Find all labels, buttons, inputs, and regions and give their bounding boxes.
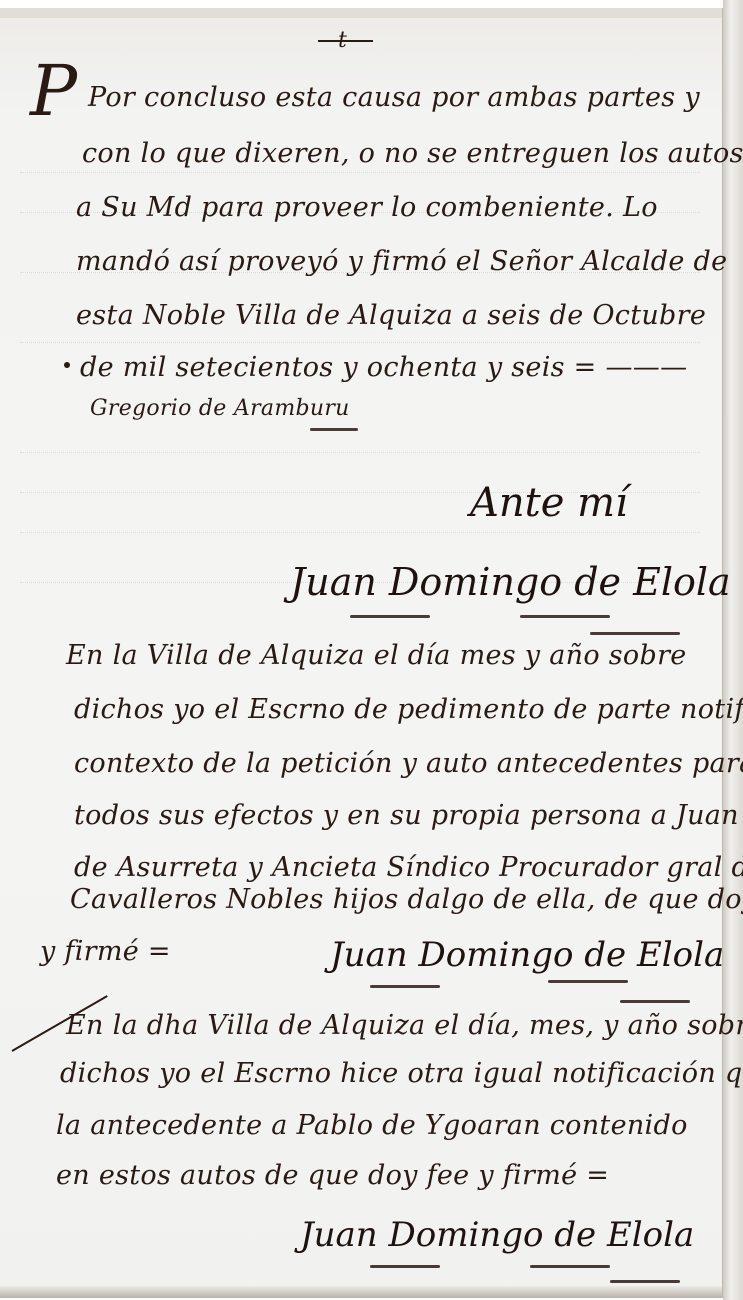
text-line: de mil setecientos y ochenta y seis = ——… [80, 352, 687, 383]
initial-flourish: P [30, 50, 77, 132]
text-line: la antecedente a Pablo de Ygoaran conten… [56, 1110, 688, 1141]
signature-elola: Juan Domingo de Elola [300, 1215, 694, 1255]
text-line: todos sus efectos y en su propia persona… [74, 800, 743, 831]
signature-flourish [590, 632, 680, 635]
signature-flourish [610, 1280, 680, 1283]
text-line: Cavalleros Nobles hijos dalgo de ella, d… [70, 884, 743, 915]
text-line: dichos yo el Escrno de pedimento de part… [74, 694, 743, 725]
header-mark: t [338, 28, 347, 53]
ink-dot [64, 362, 70, 368]
signature-flourish [370, 1265, 440, 1268]
text-line: a Su Md para proveer lo combeniente. Lo [76, 192, 658, 223]
text-line: En la dha Villa de Alquiza el día, mes, … [66, 1010, 743, 1041]
signature-ante-mi: Ante mí [470, 480, 628, 526]
signature-elola: Juan Domingo de Elola [290, 560, 731, 604]
signature-flourish [310, 428, 358, 431]
text-line: En la Villa de Alquiza el día mes y año … [66, 640, 687, 671]
signature-gregorio: Gregorio de Aramburu [90, 396, 350, 421]
signature-flourish [620, 1000, 690, 1003]
signature-flourish [530, 1265, 610, 1268]
signature-flourish [350, 615, 430, 618]
bleed-through-line [20, 438, 700, 453]
text-line: de Asurreta y Ancieta Síndico Procurador… [74, 852, 743, 883]
text-line: esta Noble Villa de Alquiza a seis de Oc… [76, 300, 706, 331]
signature-elola: Juan Domingo de Elola [330, 935, 724, 975]
text-line: con lo que dixeren, o no se entreguen lo… [82, 138, 743, 169]
text-line: en estos autos de que doy fee y firmé = [56, 1160, 609, 1191]
text-line: y firmé = [40, 936, 171, 967]
signature-flourish [520, 615, 610, 618]
signature-flourish [548, 980, 628, 983]
text-line: Por concluso esta causa por ambas partes… [88, 82, 700, 113]
text-line: dichos yo el Escrno hice otra igual noti… [60, 1058, 743, 1089]
signature-flourish [370, 985, 440, 988]
text-line: contexto de la petición y auto anteceden… [74, 748, 743, 779]
text-line: mandó así proveyó y firmó el Señor Alcal… [76, 246, 727, 277]
page-edge [723, 0, 743, 1300]
